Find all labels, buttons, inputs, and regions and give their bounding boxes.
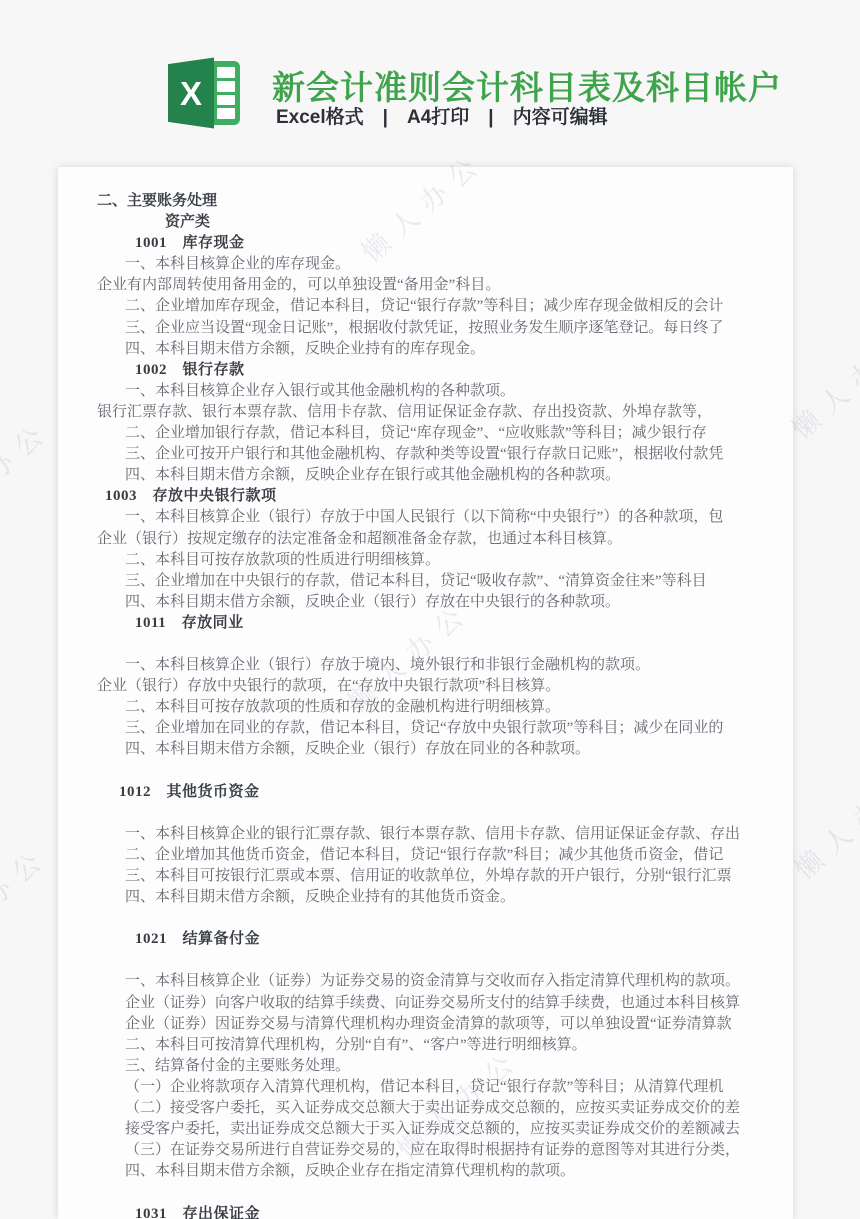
doc-line: 四、本科目期末借方余额，反映企业持有的库存现金。: [125, 339, 783, 360]
doc-line: 四、本科目期末借方余额，反映企业（银行）存放在中央银行的各种款项。: [125, 592, 783, 613]
site-header: X 新会计准则会计科目表及科目帐户 Excel格式 | A4打印 | 内容可编辑: [0, 0, 860, 167]
page-background: { "header": { "title": "新会计准则会计科目表及科目帐户"…: [0, 0, 860, 1219]
doc-line: 二、本科目可按存放款项的性质进行明细核算。: [125, 550, 783, 571]
doc-line: （三）在证券交易所进行自营证券交易的，应在取得时根据持有证券的意图等对其进行分类…: [125, 1140, 783, 1161]
doc-line: 三、结算备付金的主要账务处理。: [125, 1056, 783, 1077]
doc-line: 资产类: [165, 212, 783, 233]
doc-line: 企业（银行）按规定缴存的法定准备金和超额准备金存款，也通过本科目核算。: [97, 529, 783, 550]
doc-line: 企业（证券）向客户收取的结算手续费、向证券交易所支付的结算手续费，也通过本科目核…: [125, 993, 783, 1014]
doc-line: 一、本科目核算企业（证券）为证券交易的资金清算与交收而存入指定清算代理机构的款项…: [125, 971, 783, 992]
excel-x-letter: X: [180, 77, 202, 110]
watermark-text: 懒人办公: [0, 409, 58, 538]
excel-icon: X: [168, 56, 240, 130]
doc-line: 一、本科目核算企业的库存现金。: [125, 254, 783, 275]
doc-line: 三、本科目可按银行汇票或本票、信用证的收款单位，外埠存款的开户银行，分别“银行汇…: [125, 866, 783, 887]
doc-line: 一、本科目核算企业（银行）存放于中国人民银行（以下简称“中央银行”）的各种款项，…: [125, 507, 783, 528]
doc-line: （二）接受客户委托，买入证券成交总额大于卖出证券成交总额的，应按买卖证券成交价的…: [125, 1098, 783, 1119]
doc-line: 一、本科目核算企业的银行汇票存款、银行本票存款、信用卡存款、信用证保证金存款、存…: [125, 824, 783, 845]
doc-line: 三、企业可按开户银行和其他金融机构、存款种类等设置“银行存款日记账”，根据收付款…: [125, 444, 783, 465]
doc-line: [97, 950, 783, 971]
doc-line: 1011 存放同业: [135, 613, 783, 634]
excel-x-slab-icon: X: [168, 56, 214, 130]
document-content: 二、主要账务处理资产类1001 库存现金一、本科目核算企业的库存现金。企业有内部…: [58, 191, 793, 1219]
doc-line: 1001 库存现金: [135, 233, 783, 254]
doc-line: 1002 银行存款: [135, 360, 783, 381]
doc-line: 1003 存放中央银行款项: [105, 486, 783, 507]
doc-line: 四、本科目期末借方余额，反映企业（银行）存放在同业的各种款项。: [125, 739, 783, 760]
doc-line: 一、本科目核算企业存入银行或其他金融机构的各种款项。: [125, 381, 783, 402]
doc-line: 二、主要账务处理: [97, 191, 783, 212]
doc-line: 二、企业增加银行存款，借记本科目，贷记“库存现金”、“应收账款”等科目；减少银行…: [125, 423, 783, 444]
doc-line: [97, 1182, 783, 1203]
doc-line: 企业（证券）因证券交易与清算代理机构办理资金清算的款项等，可以单独设置“证券清算…: [125, 1014, 783, 1035]
watermark-text: 懒人办公: [782, 317, 860, 446]
doc-line: 二、本科目可按存放款项的性质和存放的金融机构进行明细核算。: [125, 697, 783, 718]
doc-line: 银行汇票存款、银行本票存款、信用卡存款、信用证保证金存款、存出投资款、外埠存款等…: [97, 402, 783, 423]
doc-line: 四、本科目期末借方余额，反映企业存在指定清算代理机构的款项。: [125, 1161, 783, 1182]
doc-line: 四、本科目期末借方余额，反映企业存在银行或其他金融机构的各种款项。: [125, 465, 783, 486]
doc-line: 二、企业增加其他货币资金，借记本科目，贷记“银行存款”科目；减少其他货币资金，借…: [125, 845, 783, 866]
doc-line: 1031 存出保证金: [135, 1204, 783, 1219]
doc-line: 三、企业增加在中央银行的存款，借记本科目，贷记“吸收存款”、“清算资金往来”等科…: [125, 571, 783, 592]
doc-line: [97, 803, 783, 824]
doc-line: 企业（银行）存放中央银行的款项，在“存放中央银行款项”科目核算。: [97, 676, 783, 697]
doc-line: [97, 634, 783, 655]
page-subtitle: Excel格式 | A4打印 | 内容可编辑: [276, 102, 608, 129]
doc-line: 二、本科目可按清算代理机构，分别“自有”、“客户”等进行明细核算。: [125, 1035, 783, 1056]
document-page: 二、主要账务处理资产类1001 库存现金一、本科目核算企业的库存现金。企业有内部…: [58, 167, 793, 1219]
doc-line: 三、企业应当设置“现金日记账”，根据收付款凭证，按照业务发生顺序逐笔登记。每日终…: [125, 318, 783, 339]
doc-line: （一）企业将款项存入清算代理机构，借记本科目，贷记“银行存款”等科目；从清算代理…: [125, 1077, 783, 1098]
doc-line: 企业有内部周转使用备用金的，可以单独设置“备用金”科目。: [97, 275, 783, 296]
doc-line: 一、本科目核算企业（银行）存放于境内、境外银行和非银行金融机构的款项。: [125, 655, 783, 676]
doc-line: [97, 908, 783, 929]
doc-line: 二、企业增加库存现金，借记本科目，贷记“银行存款”等科目；减少库存现金做相反的会…: [125, 296, 783, 317]
doc-line: 接受客户委托，卖出证券成交总额大于买入证券成交总额的，应按买卖证券成交价的差额减…: [125, 1119, 783, 1140]
watermark-text: 懒人办公: [0, 835, 56, 964]
doc-line: 四、本科目期末借方余额，反映企业持有的其他货币资金。: [125, 887, 783, 908]
doc-line: 三、企业增加在同业的存款，借记本科目，贷记“存放中央银行款项”等科目；减少在同业…: [125, 718, 783, 739]
doc-line: 1021 结算备付金: [135, 929, 783, 950]
doc-line: 1012 其他货币资金: [119, 782, 783, 803]
doc-line: [97, 761, 783, 782]
watermark-text: 懒人办公: [785, 757, 860, 886]
